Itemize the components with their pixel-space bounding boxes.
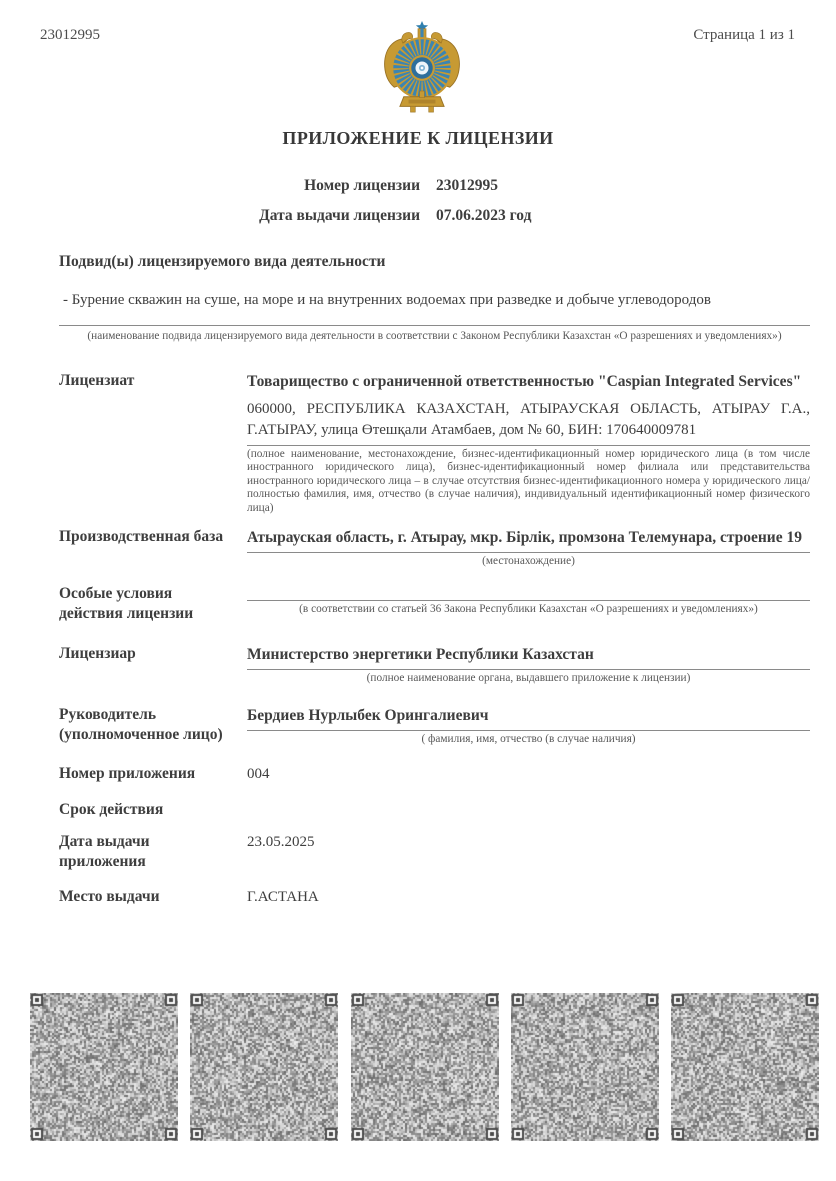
- production-base-value-block: Атырауская область, г. Атырау, мкр. Бірл…: [247, 527, 810, 568]
- field-row-validity: Срок действия: [59, 800, 810, 820]
- subtype-item: - Бурение скважин на суше, на море и на …: [59, 290, 810, 310]
- head-caption: ( фамилия, имя, отчество (в случае налич…: [247, 733, 810, 747]
- issue-place-value: Г.АСТАНА: [247, 887, 810, 909]
- annex-number-value: 004: [247, 764, 810, 786]
- qr-code-stamp: [351, 993, 499, 1141]
- field-row-special-conditions: Особые условия действия лицензии (в соот…: [59, 584, 810, 624]
- annex-issue-date-value-block: 23.05.2025: [247, 832, 810, 854]
- special-conditions-label: Особые условия действия лицензии: [59, 584, 247, 624]
- head-label: Руководитель (уполномоченное лицо): [59, 705, 247, 745]
- field-row-annex-issue-date: Дата выдачи приложения 23.05.2025: [59, 832, 810, 872]
- licensee-caption: (полное наименование, местонахождение, б…: [247, 448, 810, 516]
- license-issue-date-value: 07.06.2023 год: [436, 207, 531, 225]
- field-row-production-base: Производственная база Атырауская область…: [59, 527, 810, 568]
- license-number-label: Номер лицензии: [0, 177, 420, 195]
- license-annex-document: 23012995 Страница 1 из 1: [0, 0, 836, 1181]
- field-row-licensee: Лицензиат Товарищество с ограниченной от…: [59, 371, 810, 515]
- annex-issue-date-label: Дата выдачи приложения: [59, 832, 247, 872]
- license-number-line: Номер лицензии 23012995: [0, 177, 836, 195]
- licensor-value-block: Министерство энергетики Республики Казах…: [247, 644, 810, 685]
- doc-number: 23012995: [40, 27, 100, 44]
- annex-number-label: Номер приложения: [59, 764, 247, 784]
- document-body: Подвид(ы) лицензируемого вида деятельнос…: [59, 252, 810, 908]
- subtype-heading: Подвид(ы) лицензируемого вида деятельнос…: [59, 252, 810, 272]
- licensor-value: Министерство энергетики Республики Казах…: [247, 644, 810, 666]
- qr-codes-row: [30, 993, 819, 1141]
- page-indicator: Страница 1 из 1: [693, 27, 795, 44]
- special-conditions-caption: (в соответствии со статьей 36 Закона Рес…: [247, 603, 810, 617]
- field-row-head: Руководитель (уполномоченное лицо) Берди…: [59, 705, 810, 746]
- licensee-underline: [247, 445, 810, 446]
- licensor-caption: (полное наименование органа, выдавшего п…: [247, 672, 810, 686]
- license-number-value: 23012995: [436, 177, 498, 195]
- subtype-underline: [59, 325, 810, 326]
- annex-number-value-block: 004: [247, 764, 810, 786]
- licensee-name: Товарищество с ограниченной ответственно…: [247, 371, 810, 393]
- annex-issue-date-value: 23.05.2025: [247, 832, 810, 854]
- issue-place-label: Место выдачи: [59, 887, 247, 907]
- qr-code-stamp: [671, 993, 819, 1141]
- licensee-label: Лицензиат: [59, 371, 247, 391]
- head-value: Бердиев Нурлыбек Орингалиевич: [247, 705, 810, 727]
- head-underline: [247, 730, 810, 731]
- qr-code-stamp: [511, 993, 659, 1141]
- field-row-issue-place: Место выдачи Г.АСТАНА: [59, 887, 810, 909]
- subtype-caption: (наименование подвида лицензируемого вид…: [66, 329, 804, 343]
- production-base-caption: (местонахождение): [247, 555, 810, 569]
- licensee-address: 060000, РЕСПУБЛИКА КАЗАХСТАН, АТЫРАУСКАЯ…: [247, 399, 810, 442]
- license-issue-date-line: Дата выдачи лицензии 07.06.2023 год: [0, 207, 836, 225]
- production-base-value: Атырауская область, г. Атырау, мкр. Бірл…: [247, 527, 810, 549]
- qr-code-stamp: [190, 993, 338, 1141]
- issue-place-value-block: Г.АСТАНА: [247, 887, 810, 909]
- licensor-underline: [247, 669, 810, 670]
- validity-label: Срок действия: [59, 800, 247, 820]
- special-conditions-underline: [247, 600, 810, 601]
- field-row-licensor: Лицензиар Министерство энергетики Респуб…: [59, 644, 810, 685]
- head-value-block: Бердиев Нурлыбек Орингалиевич ( фамилия,…: [247, 705, 810, 746]
- document-title: ПРИЛОЖЕНИЕ К ЛИЦЕНЗИИ: [0, 128, 836, 148]
- qr-code-stamp: [30, 993, 178, 1141]
- special-conditions-value-block: (в соответствии со статьей 36 Закона Рес…: [247, 584, 810, 617]
- production-base-underline: [247, 552, 810, 553]
- field-row-annex-number: Номер приложения 004: [59, 764, 810, 786]
- license-issue-date-label: Дата выдачи лицензии: [0, 207, 420, 225]
- licensee-value-block: Товарищество с ограниченной ответственно…: [247, 371, 810, 515]
- production-base-label: Производственная база: [59, 527, 247, 547]
- kazakhstan-emblem-icon: [374, 20, 470, 115]
- licensor-label: Лицензиар: [59, 644, 247, 664]
